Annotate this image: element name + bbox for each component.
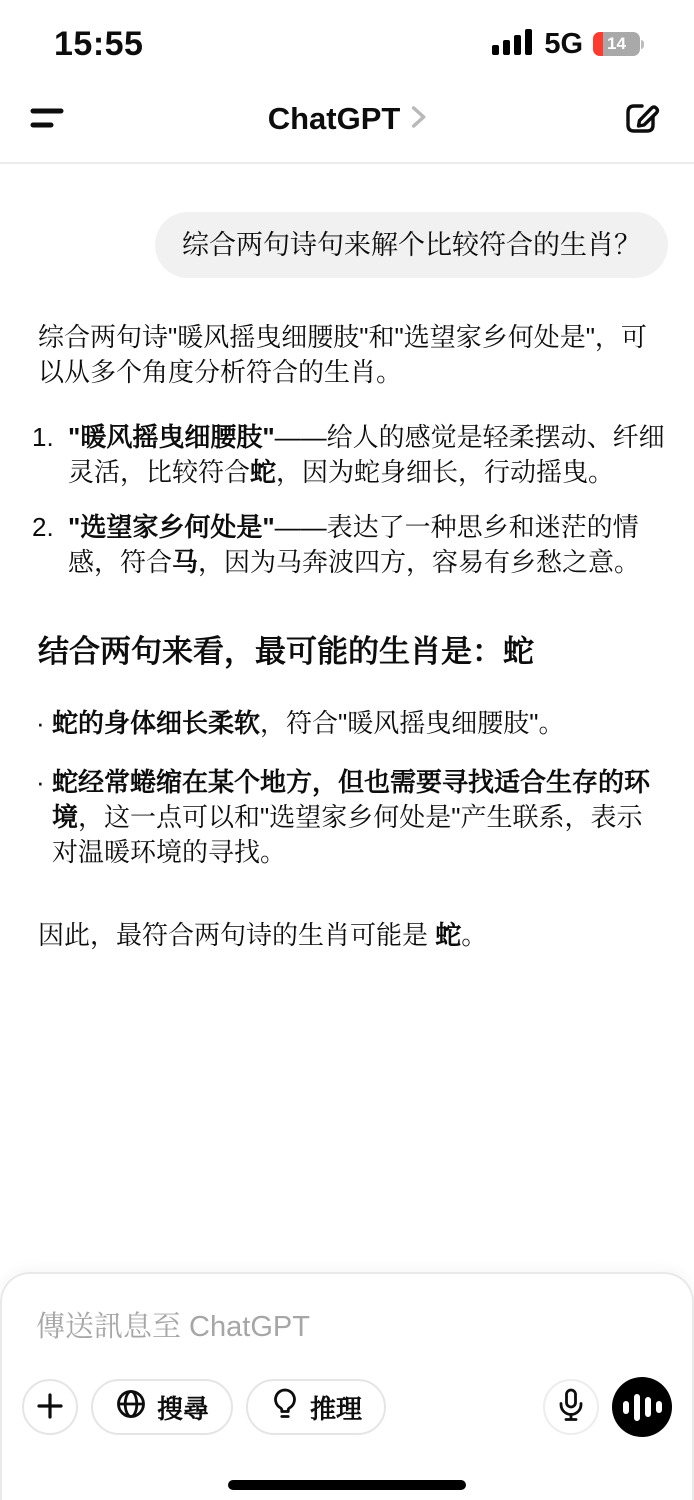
assistant-intro-paragraph: 综合两句诗"暖风摇曳细腰肢"和"选望家乡何处是"，可以从多个角度分析符合的生肖。 — [38, 320, 668, 390]
menu-icon — [30, 104, 64, 135]
app-header: ChatGPT — [0, 84, 694, 154]
reason-button[interactable]: 推理 — [246, 1379, 386, 1435]
status-indicators: 5G 14 — [492, 28, 644, 61]
voice-waveform-icon — [634, 1394, 640, 1421]
model-switcher[interactable]: ChatGPT — [268, 101, 427, 137]
chatgpt-mobile-screen: 15:55 5G 14 — [0, 0, 694, 1500]
new-chat-button[interactable] — [618, 96, 664, 142]
battery-cap — [641, 40, 644, 49]
bullet-item: · 蛇的身体细长柔软，符合"暖风摇曳细腰肢"。 — [38, 706, 668, 741]
bullet-item-text: 蛇经常蜷缩在某个地方，但也需要寻找适合生存的环境，这一点可以和"选望家乡何处是"… — [52, 765, 668, 870]
list-item-text: "暖风摇曳细腰肢"——给人的感觉是轻柔摆动、纤细灵活，比较符合蛇，因为蛇身细长，… — [68, 420, 668, 490]
composer-toolbar: 搜尋 推理 — [2, 1377, 692, 1437]
reason-button-label: 推理 — [310, 1389, 362, 1426]
cellular-signal-icon — [492, 29, 534, 60]
attach-plus-button[interactable] — [22, 1379, 78, 1435]
bullet-marker: · — [36, 765, 52, 870]
assistant-heading: 结合两句来看，最可能的生肖是：蛇 — [38, 632, 668, 672]
message-input[interactable]: 傳送訊息至 ChatGPT — [36, 1304, 658, 1345]
list-item-number: 2. — [32, 510, 68, 580]
chevron-right-icon — [410, 104, 426, 135]
search-button[interactable]: 搜尋 — [91, 1379, 233, 1435]
user-message-bubble: 综合两句诗句来解个比较符合的生肖？ — [155, 212, 668, 278]
battery-icon: 14 — [593, 32, 644, 56]
message-composer: 傳送訊息至 ChatGPT 搜尋 — [0, 1272, 694, 1500]
network-type-label: 5G — [544, 28, 583, 61]
voice-waveform-icon — [645, 1397, 651, 1417]
bullet-item-text: 蛇的身体细长柔软，符合"暖风摇曳细腰肢"。 — [52, 706, 668, 741]
assistant-conclusion: 因此，最符合两句诗的生肖可能是 蛇。 — [38, 918, 668, 953]
list-item-number: 1. — [32, 420, 68, 490]
voice-waveform-icon — [623, 1401, 629, 1414]
bullet-item: · 蛇经常蜷缩在某个地方，但也需要寻找适合生存的环境，这一点可以和"选望家乡何处… — [38, 765, 668, 870]
sidebar-menu-button[interactable] — [30, 96, 76, 142]
list-item: 2. "选望家乡何处是"——表达了一种思乡和迷茫的情感，符合马，因为马奔波四方，… — [32, 510, 668, 580]
voice-waveform-icon — [656, 1401, 662, 1413]
list-item-text: "选望家乡何处是"——表达了一种思乡和迷茫的情感，符合马，因为马奔波四方，容易有… — [68, 510, 668, 580]
voice-mode-button[interactable] — [612, 1377, 672, 1437]
lightbulb-icon — [270, 1387, 300, 1428]
assistant-message: 综合两句诗"暖风摇曳细腰肢"和"选望家乡何处是"，可以从多个角度分析符合的生肖。… — [38, 320, 668, 953]
compose-icon — [619, 96, 663, 143]
chat-scroll-area[interactable]: 综合两句诗句来解个比较符合的生肖？ 综合两句诗"暖风摇曳细腰肢"和"选望家乡何处… — [0, 212, 694, 953]
bullet-list: · 蛇的身体细长柔软，符合"暖风摇曳细腰肢"。 · 蛇经常蜷缩在某个地方，但也需… — [38, 706, 668, 870]
status-time: 15:55 — [54, 25, 143, 64]
search-button-label: 搜尋 — [157, 1389, 209, 1426]
page-title: ChatGPT — [268, 101, 401, 137]
status-bar: 15:55 5G 14 — [0, 0, 694, 66]
battery-percent: 14 — [593, 32, 640, 56]
user-message-row: 综合两句诗句来解个比较符合的生肖？ — [38, 212, 668, 278]
dictate-button[interactable] — [543, 1379, 599, 1435]
header-divider — [0, 162, 694, 164]
list-item: 1. "暖风摇曳细腰肢"——给人的感觉是轻柔摆动、纤细灵活，比较符合蛇，因为蛇身… — [32, 420, 668, 490]
home-indicator[interactable] — [228, 1480, 466, 1490]
plus-icon — [35, 1391, 65, 1424]
microphone-icon — [556, 1388, 586, 1427]
numbered-list: 1. "暖风摇曳细腰肢"——给人的感觉是轻柔摆动、纤细灵活，比较符合蛇，因为蛇身… — [38, 420, 668, 580]
bullet-marker: · — [36, 706, 52, 741]
globe-icon — [115, 1388, 147, 1427]
